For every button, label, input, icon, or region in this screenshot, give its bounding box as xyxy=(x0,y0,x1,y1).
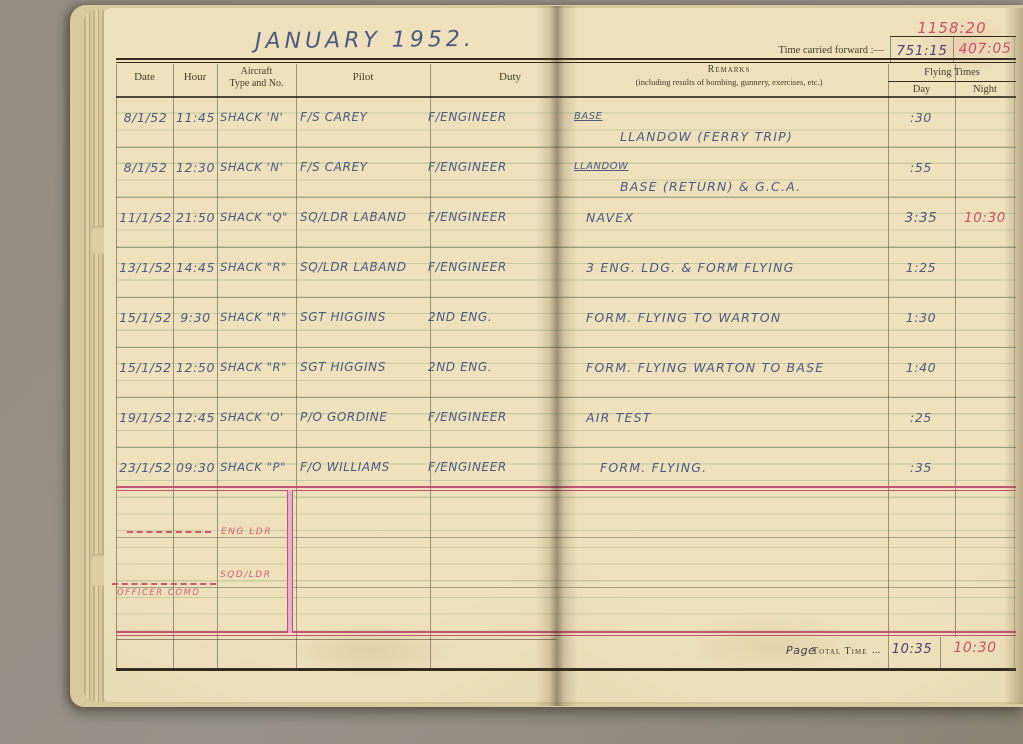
table-row: 8/1/52 12:30 SHACK 'N' F/S CAREY F/ENGIN… xyxy=(0,147,1023,197)
day-time-cell: :25 xyxy=(889,410,953,425)
pilot-cell: SGT HIGGINS xyxy=(300,360,428,374)
table-row: 13/1/52 14:45 SHACK "R" SQ/LDR LABAND F/… xyxy=(0,247,1023,297)
footer-day-total: 10:35 xyxy=(886,642,938,657)
header-double-rule xyxy=(116,58,1016,60)
right-page-edge xyxy=(1004,8,1023,704)
day-time-cell: 1:30 xyxy=(889,310,953,325)
footer-grey-rule xyxy=(116,639,556,640)
day-time-cell: 1:25 xyxy=(889,260,953,275)
duty-cell: F/ENGINEER xyxy=(428,210,552,224)
hour-cell: 11:45 xyxy=(174,110,217,125)
table-row: 15/1/52 9:30 SHACK "R" SGT HIGGINS 2ND E… xyxy=(0,297,1023,347)
aircraft-cell: SHACK "R" xyxy=(220,360,296,374)
date-cell: 8/1/52 xyxy=(118,110,173,125)
aircraft-cell: SHACK "R" xyxy=(220,260,296,274)
day-time-cell: 3:35 xyxy=(889,210,953,226)
table-row: 8/1/52 11:45 SHACK 'N' F/S CAREY F/ENGIN… xyxy=(0,97,1023,147)
table-row: 23/1/52 09:30 SHACK "P" F/O WILLIAMS F/E… xyxy=(0,447,1023,487)
remarks-text: FORM. FLYING. xyxy=(600,460,707,475)
aircraft-cell: SHACK "Q" xyxy=(220,210,296,224)
remarks-text: 3 ENG. LDG. & FORM FLYING xyxy=(586,260,795,275)
pilot-cell: SQ/LDR LABAND xyxy=(300,210,428,224)
carried-forward-label: Time carried forward :— xyxy=(700,45,884,56)
duty-cell: F/ENGINEER xyxy=(428,160,552,174)
aircraft-cell: SHACK "R" xyxy=(220,310,296,324)
header-pilot: Pilot xyxy=(296,71,430,83)
aircraft-cell: SHACK 'O' xyxy=(220,410,296,424)
hour-cell: 14:45 xyxy=(174,260,217,275)
duty-cell: F/ENGINEER xyxy=(428,110,552,124)
aircraft-cell: SHACK 'N' xyxy=(220,110,296,124)
date-cell: 19/1/52 xyxy=(118,410,173,425)
remarks-prefix: BASE xyxy=(574,111,602,122)
duty-cell: 2ND ENG. xyxy=(428,360,552,374)
pilot-cell: F/S CAREY xyxy=(300,110,428,124)
aircraft-cell: SHACK "P" xyxy=(220,460,296,474)
header-date: Date xyxy=(116,71,173,83)
day-time-cell: :35 xyxy=(889,460,953,475)
date-cell: 13/1/52 xyxy=(118,260,173,275)
aircraft-cell: SHACK 'N' xyxy=(220,160,296,174)
hour-cell: 12:45 xyxy=(174,410,217,425)
footer-dots: ... xyxy=(872,644,880,656)
logbook-scan: JANUARY 1952. Time carried forward :— 11… xyxy=(0,0,1023,744)
footer-total-time-label: Total Time xyxy=(812,646,872,657)
sqd-ldr-label: SQD/LDR xyxy=(220,570,271,580)
table-row: 19/1/52 12:45 SHACK 'O' P/O GORDINE F/EN… xyxy=(0,397,1023,447)
remarks-text: LLANDOW (FERRY TRIP) xyxy=(620,129,793,144)
pilot-cell: F/O WILLIAMS xyxy=(300,460,428,474)
flying-times-rule xyxy=(888,81,1016,82)
carried-forward-total: 1158:20 xyxy=(892,19,1012,37)
remarks-text: FORM. FLYING WARTON TO BASE xyxy=(586,360,824,375)
officer-comd-label: OFFICER COMD xyxy=(117,588,200,598)
pilot-cell: F/S CAREY xyxy=(300,160,428,174)
header-flying-times: Flying Times xyxy=(888,67,1016,78)
header-duty: Duty xyxy=(440,71,580,83)
hour-cell: 21:50 xyxy=(174,210,217,225)
hour-cell: 12:30 xyxy=(174,160,217,175)
page-bottom-rule xyxy=(116,668,1016,671)
duty-cell: F/ENGINEER xyxy=(428,410,552,424)
table-row: 11/1/52 21:50 SHACK "Q" SQ/LDR LABAND F/… xyxy=(0,197,1023,247)
remarks-text: BASE (RETURN) & G.C.A. xyxy=(620,179,801,194)
date-cell: 23/1/52 xyxy=(118,460,173,475)
footer-night-total: 10:30 xyxy=(944,640,1006,656)
duty-cell: 2ND ENG. xyxy=(428,310,552,324)
page-title: JANUARY 1952. xyxy=(255,27,475,54)
row-divider xyxy=(116,587,1016,588)
table-row: 15/1/52 12:50 SHACK "R" SGT HIGGINS 2ND … xyxy=(0,347,1023,397)
signature-line xyxy=(127,531,211,533)
header-remarks-sub: (including results of bombing, gunnery, … xyxy=(570,77,888,87)
remarks-text: AIR TEST xyxy=(586,410,652,425)
red-footer-rule xyxy=(116,635,1016,636)
duty-cell: F/ENGINEER xyxy=(428,260,552,274)
date-cell: 15/1/52 xyxy=(118,360,173,375)
remarks-text: FORM. FLYING TO WARTON xyxy=(586,310,781,325)
pink-vertical-rule xyxy=(287,490,293,633)
date-cell: 11/1/52 xyxy=(118,210,173,225)
signature-line xyxy=(112,583,216,585)
eng-ldr-label: ENG LDR xyxy=(221,527,272,537)
remarks-prefix: LLANDOW xyxy=(574,161,628,172)
red-total-rule xyxy=(116,490,1016,491)
day-time-cell: :55 xyxy=(889,160,953,175)
remarks-text: NAVEX xyxy=(586,210,634,225)
carried-forward-day: 751:15 xyxy=(892,43,952,59)
header-remarks: Remarks xyxy=(570,64,888,75)
day-time-cell: 1:40 xyxy=(889,360,953,375)
header-aircraft-line2: Type and No. xyxy=(217,78,296,89)
pilot-cell: SQ/LDR LABAND xyxy=(300,260,428,274)
date-cell: 8/1/52 xyxy=(118,160,173,175)
duty-cell: F/ENGINEER xyxy=(428,460,552,474)
column-divider xyxy=(940,637,941,668)
row-divider xyxy=(116,537,1016,538)
day-time-cell: :30 xyxy=(889,110,953,125)
date-cell: 15/1/52 xyxy=(118,310,173,325)
header-double-rule xyxy=(116,62,1016,63)
hour-cell: 9:30 xyxy=(174,310,217,325)
hour-cell: 12:50 xyxy=(174,360,217,375)
header-day: Day xyxy=(888,84,955,95)
pilot-cell: SGT HIGGINS xyxy=(300,310,428,324)
pilot-cell: P/O GORDINE xyxy=(300,410,428,424)
header-hour: Hour xyxy=(173,71,217,83)
red-footer-rule xyxy=(116,631,1016,633)
header-aircraft-line1: Aircraft xyxy=(217,66,296,77)
hour-cell: 09:30 xyxy=(174,460,217,475)
